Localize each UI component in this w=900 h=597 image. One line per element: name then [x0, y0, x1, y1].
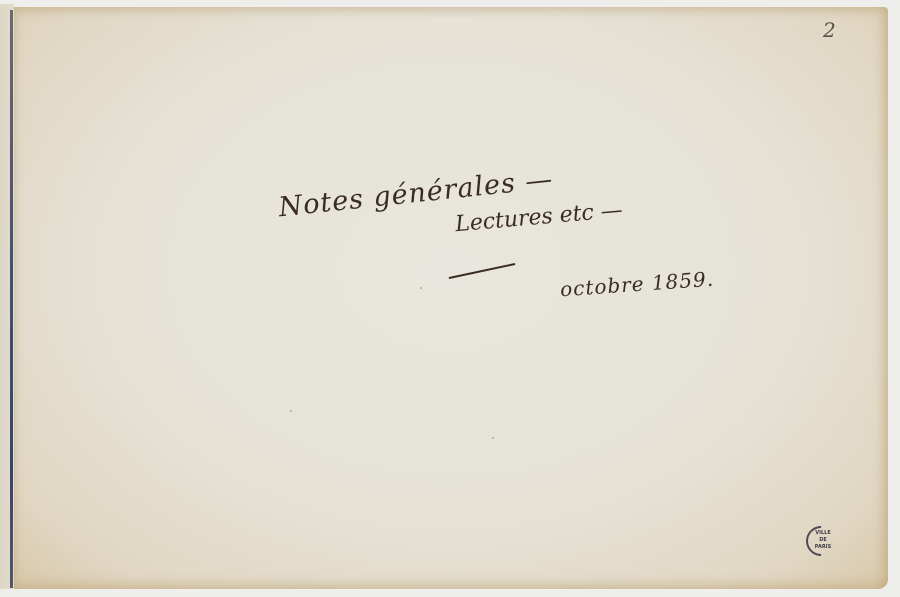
stamp-line-3: PARIS — [812, 544, 834, 551]
stamp-line-2: DE — [812, 537, 834, 544]
paper-speck — [290, 410, 292, 412]
paper-speck — [420, 287, 422, 289]
library-stamp: VILLE DE PARIS — [806, 526, 836, 556]
stamp-line-1: VILLE — [812, 530, 834, 537]
paper-speck — [492, 437, 494, 439]
notebook-spine — [10, 10, 13, 588]
page-number: 2 — [823, 18, 836, 42]
stamp-text: VILLE DE PARIS — [812, 530, 834, 551]
notebook-page — [14, 7, 888, 589]
